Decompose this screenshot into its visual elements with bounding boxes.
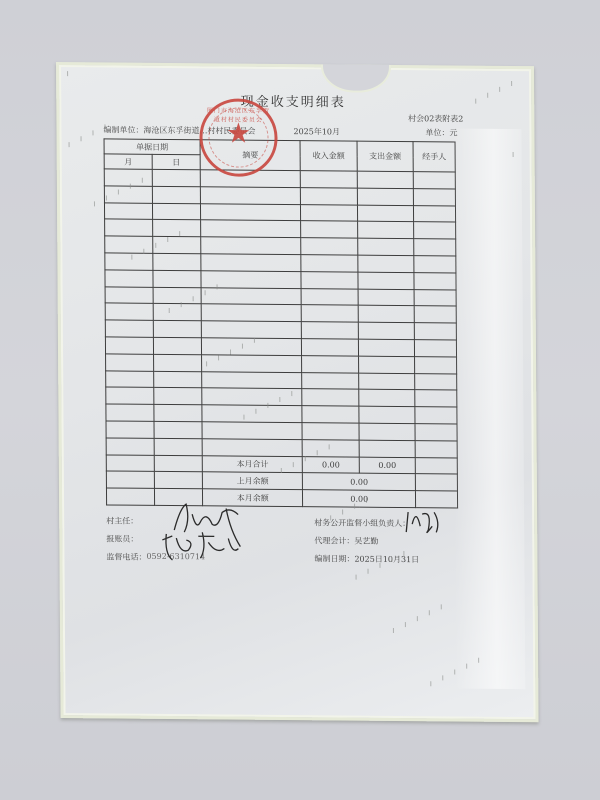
table-cell (302, 423, 359, 440)
acrylic-speck (279, 397, 280, 402)
table-cell (302, 406, 359, 423)
acrylic-speck (513, 152, 514, 157)
acrylic-sign-holder: 现金收支明细表 村会02表附表2 编制单位： 海沧区东孚街道…村村民委员会 20… (56, 62, 539, 722)
table-cell (359, 390, 416, 407)
acrylic-speck (454, 669, 455, 674)
table-cell (106, 404, 154, 421)
table-cell (154, 405, 202, 422)
acrylic-speck (243, 415, 244, 420)
day-header: 日 (152, 154, 200, 169)
table-cell (202, 422, 302, 440)
table-cell (105, 219, 153, 236)
acrylic-speck (155, 243, 156, 248)
table-cell (154, 438, 202, 455)
acrylic-speck (206, 361, 207, 366)
acrylic-speck (487, 93, 488, 98)
table-cell (359, 440, 416, 457)
table-cell (302, 439, 359, 456)
table-cell (104, 169, 152, 186)
table-cell (358, 322, 415, 339)
table-cell (154, 421, 202, 438)
table-cell (153, 337, 201, 354)
table-cell (201, 237, 301, 255)
ledger-sheet: 现金收支明细表 村会02表附表2 编制单位： 海沧区东孚街道…村村民委员会 20… (103, 89, 466, 588)
agent-accountant-name: 吴艺勤 (354, 536, 378, 547)
acrylic-speck (69, 142, 70, 147)
table-cell (415, 373, 457, 390)
table-cell (154, 388, 202, 405)
acrylic-speck (254, 338, 255, 343)
table-cell (153, 237, 201, 254)
acrylic-speck (179, 231, 180, 236)
table-cell (105, 253, 153, 270)
acrylic-speck (181, 302, 182, 307)
acrylic-speck (330, 515, 331, 520)
table-cell (302, 355, 359, 372)
acrylic-speck (405, 622, 406, 627)
table-cell (414, 256, 456, 273)
acrylic-speck (511, 81, 512, 86)
table-cell (301, 255, 358, 272)
acrylic-speck (142, 178, 143, 183)
star-icon: ★ (202, 119, 274, 148)
table-cell (202, 355, 302, 373)
table-cell (415, 424, 457, 441)
table-cell (201, 220, 301, 238)
acrylic-speck (441, 604, 442, 609)
table-cell (414, 306, 456, 323)
acrylic-speck (169, 308, 170, 313)
acrylic-speck (242, 344, 243, 349)
table-cell (106, 438, 154, 455)
expense-header: 支出金额 (357, 141, 414, 171)
table-cell (414, 323, 456, 340)
table-cell (301, 171, 358, 188)
table-cell (358, 272, 415, 289)
acrylic-speck (143, 249, 144, 254)
table-cell (414, 272, 456, 289)
table-cell (105, 337, 153, 354)
table-cell (106, 371, 154, 388)
ledger-body (104, 169, 457, 458)
table-cell (301, 288, 358, 305)
handler-header: 经手人 (413, 142, 455, 172)
table-cell (154, 354, 202, 371)
table-cell (357, 205, 414, 222)
table-cell (413, 172, 455, 189)
hotline-label: 监督电话： (106, 551, 146, 562)
table-cell (358, 339, 415, 356)
acrylic-speck (92, 130, 93, 135)
table-cell (202, 388, 302, 406)
table-cell (415, 390, 457, 407)
acrylic-speck (131, 255, 132, 260)
table-cell (105, 287, 153, 304)
table-cell (106, 387, 154, 404)
acrylic-speck (67, 71, 68, 76)
date-value: 2025日10月31日 (354, 554, 419, 566)
acrylic-speck (391, 557, 392, 562)
month-header: 月 (104, 154, 152, 169)
month-total-label: 本月合计 (202, 455, 302, 473)
table-cell (153, 304, 201, 321)
table-cell (202, 405, 302, 423)
acrylic-speck (442, 675, 443, 680)
table-cell (200, 187, 300, 205)
ledger-table: 单据日期 摘要 收入金额 支出金额 经手人 月 日 本月合计 0.00 0.00 (104, 138, 459, 508)
table-cell (414, 188, 456, 205)
table-cell (201, 287, 301, 305)
acrylic-speck (81, 136, 82, 141)
acrylic-speck (366, 498, 367, 503)
table-cell (153, 203, 201, 220)
table-cell (302, 305, 359, 322)
acrylic-speck (318, 521, 319, 526)
holder-notch (321, 64, 391, 93)
acrylic-speck (118, 190, 119, 195)
acrylic-speck (417, 616, 418, 621)
month-total-income: 0.00 (303, 456, 360, 473)
acrylic-speck (379, 563, 380, 568)
table-cell (201, 321, 301, 339)
table-cell (359, 406, 416, 423)
acrylic-speck (217, 284, 218, 289)
acrylic-speck (104, 124, 105, 129)
table-cell (201, 254, 301, 272)
table-cell (152, 169, 200, 186)
table-cell (106, 354, 154, 371)
acrylic-speck (305, 456, 306, 461)
table-cell (301, 204, 358, 221)
acrylic-speck (499, 87, 500, 92)
table-cell (415, 340, 457, 357)
page-title: 现金收支明细表 (123, 90, 463, 112)
official-seal: 厦门市海沧区东孚街道村村民委员会 ★ (199, 98, 278, 177)
table-cell (301, 238, 358, 255)
table-cell (201, 304, 301, 322)
signature-block: 村主任： 报账员： 监督电话： 0592-6310714 村务公开监督小组负责人… (106, 505, 467, 588)
table-cell (302, 389, 359, 406)
acrylic-speck (291, 391, 292, 396)
table-cell (359, 423, 416, 440)
table-cell (415, 407, 457, 424)
acrylic-speck (230, 350, 231, 355)
table-cell (414, 239, 456, 256)
acrylic-speck (403, 551, 404, 556)
table-cell (301, 221, 358, 238)
table-cell (415, 356, 457, 373)
table-cell (105, 320, 153, 337)
table-cell (414, 205, 456, 222)
table-cell (202, 371, 302, 389)
table-cell (302, 339, 359, 356)
table-cell (105, 303, 153, 320)
village-head-label: 村主任： (106, 515, 138, 526)
table-cell (153, 321, 201, 338)
table-cell (152, 186, 200, 203)
acrylic-speck (267, 403, 268, 408)
date-label: 编制日期： (314, 553, 354, 564)
table-cell (358, 373, 415, 390)
acrylic-speck (205, 290, 206, 295)
table-cell (105, 236, 153, 253)
table-cell (105, 270, 153, 287)
table-cell (301, 187, 358, 204)
acrylic-speck (475, 99, 476, 104)
date-group-header: 单据日期 (104, 139, 200, 155)
accountant-label: 报账员： (106, 533, 138, 544)
table-cell (201, 203, 301, 221)
table-cell (153, 270, 201, 287)
table-cell (357, 188, 414, 205)
acrylic-speck (368, 569, 369, 574)
acrylic-speck (429, 610, 430, 615)
acrylic-speck (106, 195, 107, 200)
supervisor-signature (402, 506, 442, 540)
acrylic-speck (466, 664, 467, 669)
table-cell (154, 371, 202, 388)
income-header: 收入金额 (300, 141, 357, 171)
acrylic-speck (478, 658, 479, 663)
acrylic-speck (393, 628, 394, 633)
table-cell (302, 322, 359, 339)
acrylic-speck (342, 510, 343, 515)
acrylic-speck (193, 296, 194, 301)
prev-balance-label: 上月余额 (202, 472, 302, 490)
supervision-label: 村务公开监督小组负责人： (314, 517, 410, 529)
agent-accountant-label: 代理会计： (314, 535, 354, 546)
table-cell (358, 356, 415, 373)
table-cell (104, 186, 152, 203)
table-cell (106, 421, 154, 438)
acrylic-speck (317, 450, 318, 455)
acrylic-speck (293, 462, 294, 467)
currency-unit: 单位：元 (425, 127, 457, 138)
table-cell (153, 220, 201, 237)
acrylic-speck (281, 468, 282, 473)
table-cell (358, 289, 415, 306)
acrylic-speck (130, 184, 131, 189)
acrylic-speck (218, 355, 219, 360)
accountant-signature (158, 530, 248, 571)
acrylic-speck (430, 681, 431, 686)
table-cell (202, 338, 302, 356)
form-code: 村会02表附表2 (408, 113, 463, 124)
acrylic-speck (167, 237, 168, 242)
table-cell (153, 253, 201, 270)
this-balance-value: 0.00 (303, 490, 416, 508)
table-cell (414, 289, 456, 306)
table-cell (357, 238, 414, 255)
period: 2025年10月 (293, 126, 340, 137)
table-cell (302, 372, 359, 389)
table-cell (415, 440, 457, 457)
acrylic-speck (329, 444, 330, 449)
table-cell (414, 222, 456, 239)
table-cell (202, 439, 302, 457)
table-cell (358, 255, 415, 272)
month-total-expense: 0.00 (359, 457, 416, 474)
table-cell (153, 287, 201, 304)
table-cell (357, 171, 414, 188)
table-cell (358, 306, 415, 323)
acrylic-speck (354, 504, 355, 509)
acrylic-speck (255, 409, 256, 414)
acrylic-speck (356, 575, 357, 580)
acrylic-speck (94, 201, 95, 206)
prev-balance-value: 0.00 (303, 473, 416, 491)
table-cell (357, 222, 414, 239)
table-cell (104, 203, 152, 220)
unit-label: 编制单位： (103, 124, 143, 135)
table-cell (301, 271, 358, 288)
